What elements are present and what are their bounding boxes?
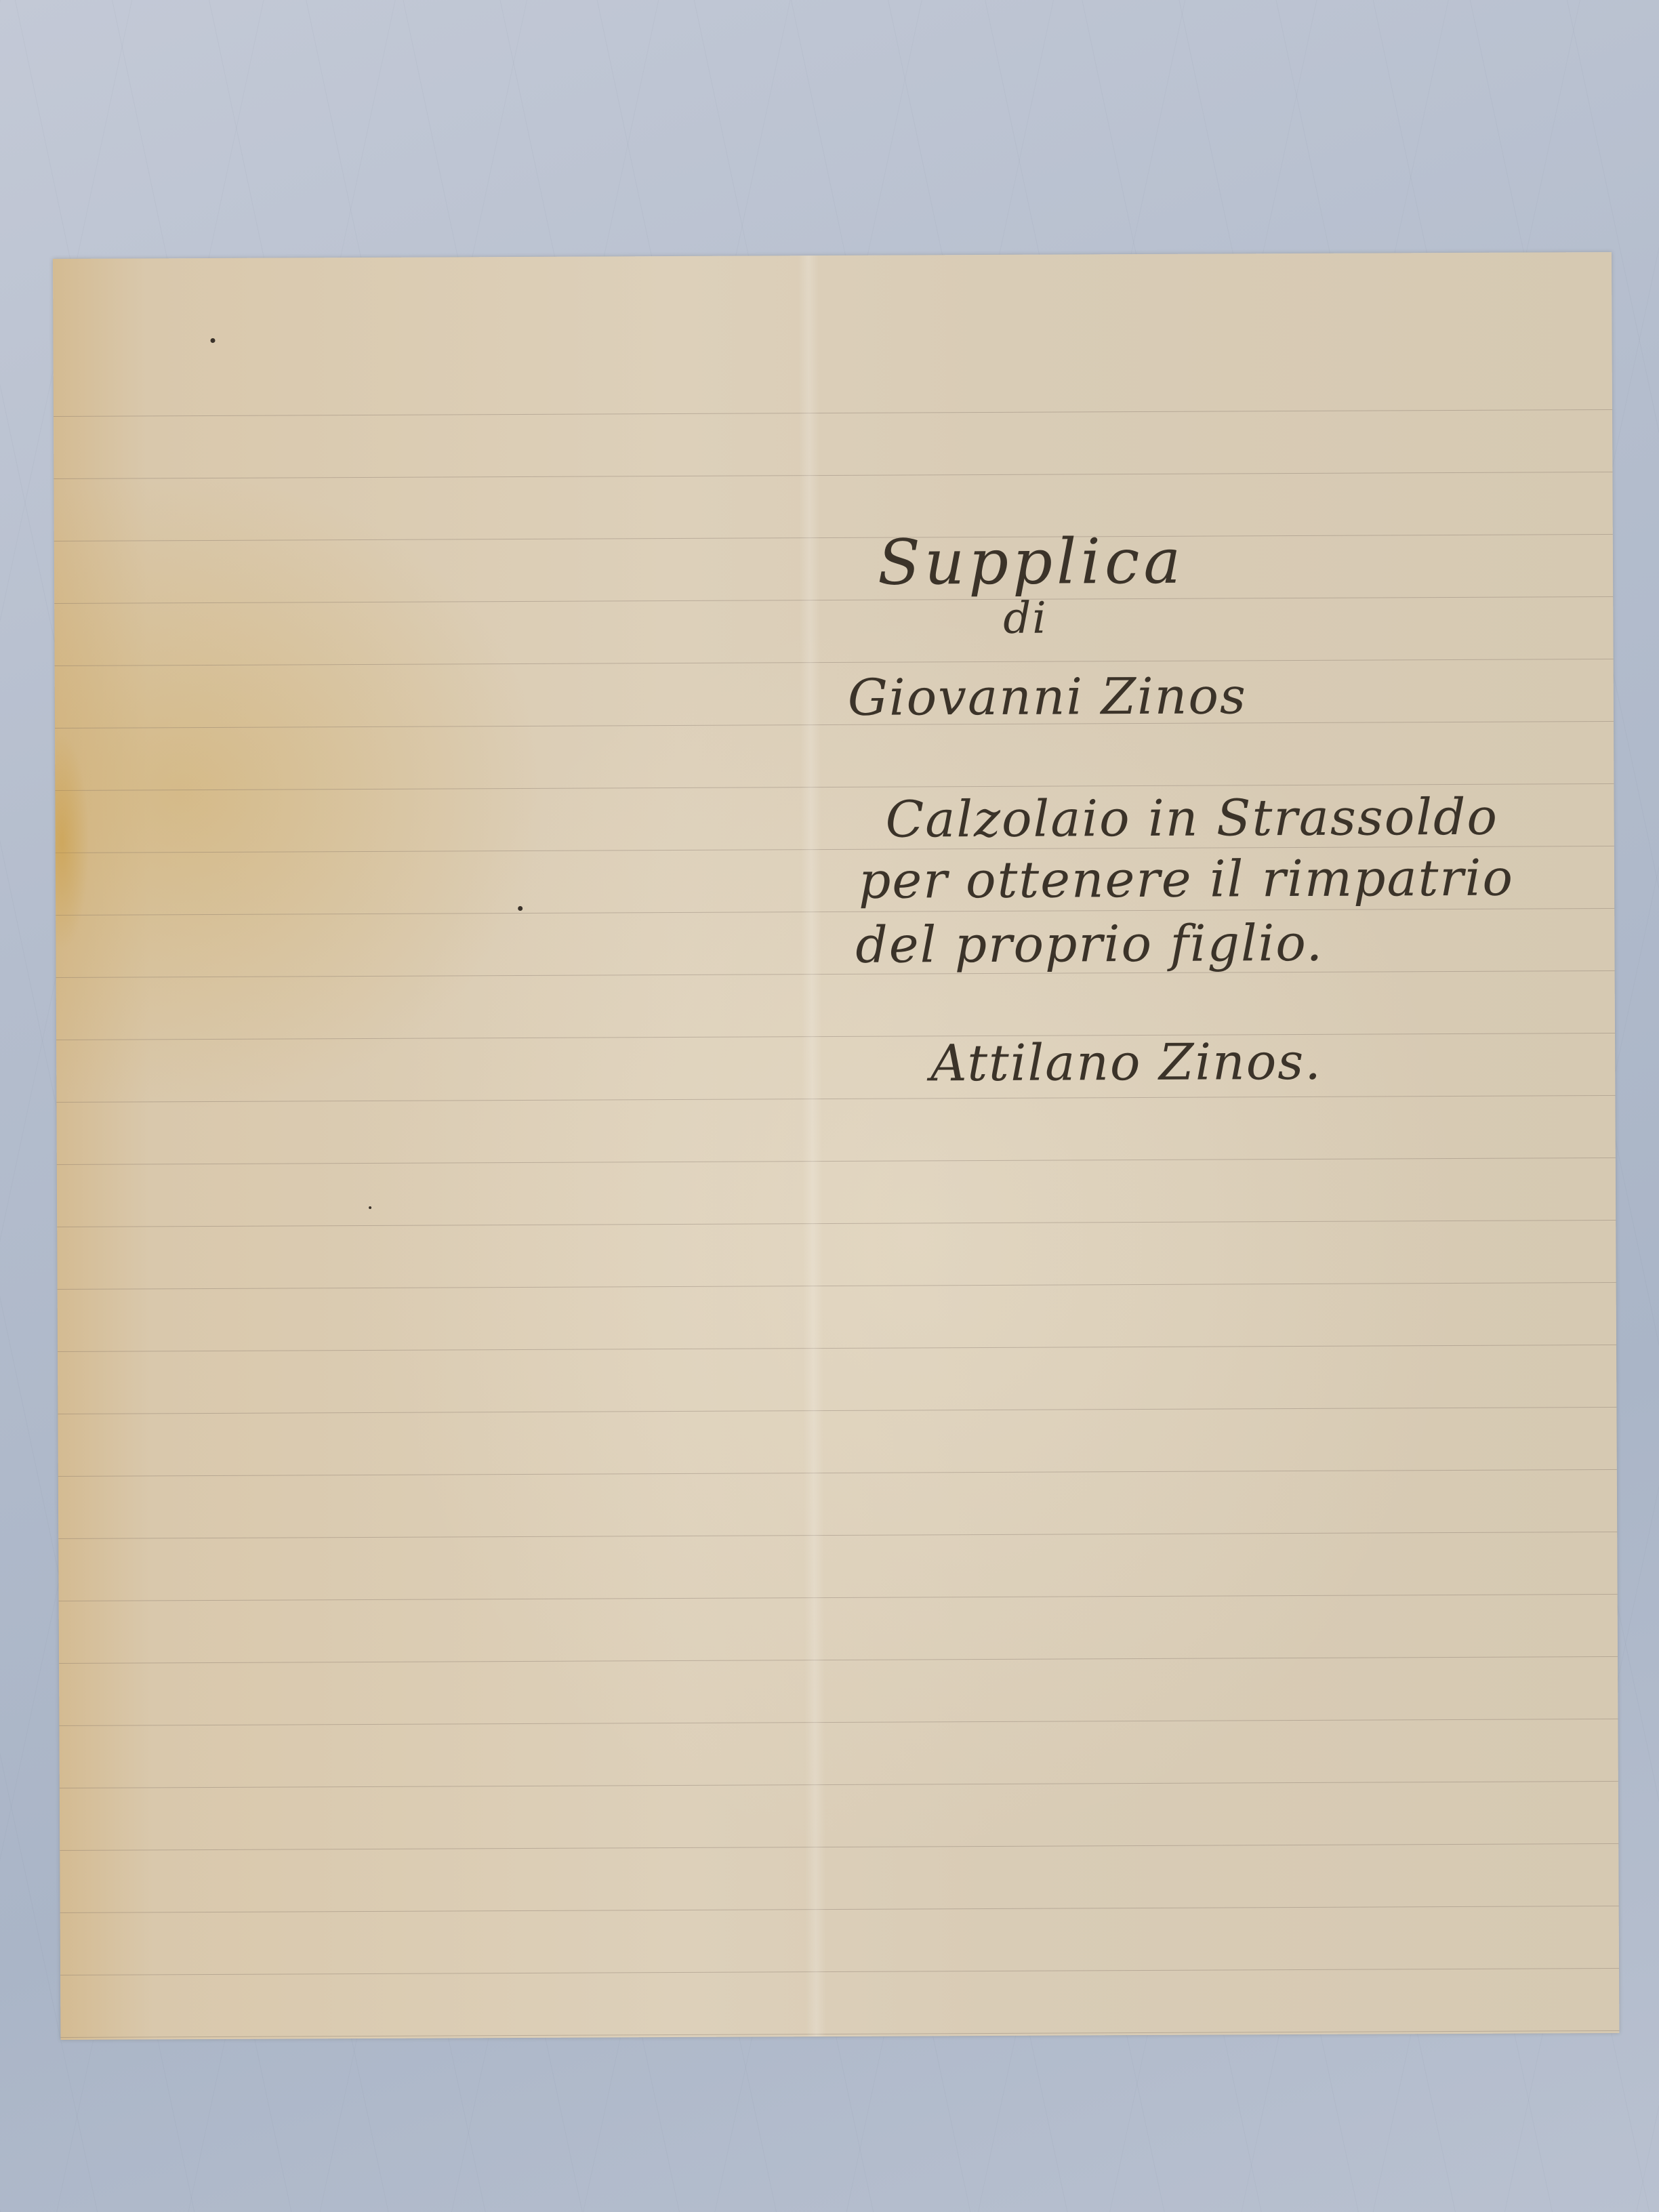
occupation-and-place: Calzolaio in Strassoldo [885, 788, 1498, 849]
petitioner-name: Giovanni Zinos [848, 667, 1247, 727]
petition-title: Supplica [878, 525, 1185, 599]
ink-speck [211, 338, 216, 343]
purpose-line-2: del proprio figlio. [855, 914, 1324, 975]
edge-stain [55, 733, 89, 950]
son-name: Attilano Zinos. [930, 1033, 1322, 1093]
ink-speck [369, 1206, 371, 1209]
document-sheet: Supplica di Giovanni Zinos Calzolaio in … [53, 252, 1619, 2040]
preposition-di: di [1003, 594, 1048, 644]
ink-speck [518, 906, 523, 911]
ruled-lines [54, 357, 1620, 2040]
purpose-line-1: per ottenere il rimpatrio [859, 849, 1514, 910]
